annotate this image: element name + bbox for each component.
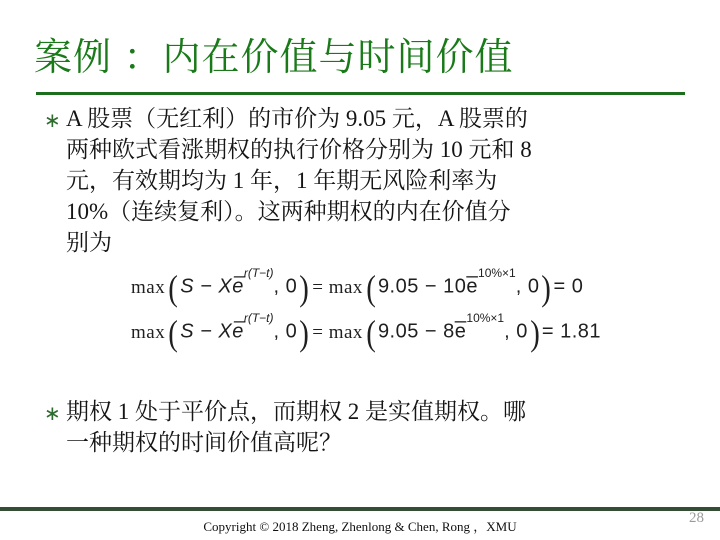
page-title: 案例 ：内在价值与时间价值 [34, 36, 514, 82]
formula-equals-max: = max [311, 277, 364, 298]
formula-numeric-tail: , 0 [504, 321, 528, 343]
formula-symbolic-exponent: r(T−t) [244, 266, 274, 280]
formula-numeric-exponent: 10%×1 [466, 311, 504, 325]
bullet-line: 一种期权的时间价值高呢？ [66, 427, 696, 458]
page-number: 28 [689, 510, 704, 527]
formula-symbolic-tail: , 0 [274, 276, 298, 298]
bullet-line: 期权 1 处于平价点，而期权 2 是实值期权。哪 [66, 396, 696, 427]
formula-intrinsic-value-option2: max(S − Xe̅r(T−t), 0)= max(9.05 − 8e̅10%… [130, 319, 601, 355]
bullet-item-question: 期权 1 处于平价点，而期权 2 是实值期权。哪 一种期权的时间价值高呢？ [66, 396, 696, 458]
bullet-marker: ∗ [44, 110, 61, 130]
left-paren: ( [366, 324, 376, 342]
formula-intrinsic-value-option1: max(S − Xe̅r(T−t), 0)= max(9.05 − 10e̅10… [130, 274, 583, 310]
left-paren: ( [168, 279, 178, 297]
left-paren: ( [168, 324, 178, 342]
formula-numeric-tail: , 0 [516, 276, 540, 298]
formula-numeric-exponent: 10%×1 [478, 266, 516, 280]
footer-copyright: Copyright © 2018 Zheng, Zhenlong & Chen,… [0, 516, 720, 535]
footer-divider [0, 507, 720, 511]
right-paren: ) [542, 279, 552, 297]
title-underline [36, 92, 685, 95]
formula-symbolic-body: S − Xe̅ [180, 276, 244, 298]
formula-numeric-body: 9.05 − 10e̅ [378, 276, 478, 298]
bullet-line: 元，有效期均为 1 年，1 年期无风险利率为 [66, 165, 696, 196]
bullet-line: 两种欧式看涨期权的执行价格分别为 10 元和 8 [66, 134, 696, 165]
formula-result: = 0 [553, 276, 583, 298]
formula-numeric-body: 9.05 − 8e̅ [378, 321, 466, 343]
presentation-slide: 案例 ：内在价值与时间价值 ∗ A 股票（无红利）的市价为 9.05 元，A 股… [0, 0, 720, 540]
bullet-item-intro: A 股票（无红利）的市价为 9.05 元，A 股票的 两种欧式看涨期权的执行价格… [66, 103, 696, 258]
right-paren: ) [299, 279, 309, 297]
bullet-line: 别为 [66, 227, 696, 258]
formula-symbolic-exponent: r(T−t) [244, 311, 274, 325]
formula-result: = 1.81 [542, 321, 601, 343]
right-paren: ) [299, 324, 309, 342]
formula-symbolic-tail: , 0 [274, 321, 298, 343]
bullet-marker: ∗ [44, 403, 61, 423]
formula-symbolic-body: S − Xe̅ [180, 321, 244, 343]
bullet-line: 10%（连续复利）。这两种期权的内在价值分 [66, 196, 696, 227]
formula-equals-max: = max [311, 322, 364, 343]
formula-max-operator: max [130, 322, 166, 343]
right-paren: ) [530, 324, 540, 342]
left-paren: ( [366, 279, 376, 297]
formula-max-operator: max [130, 277, 166, 298]
bullet-line: A 股票（无红利）的市价为 9.05 元，A 股票的 [66, 103, 696, 134]
